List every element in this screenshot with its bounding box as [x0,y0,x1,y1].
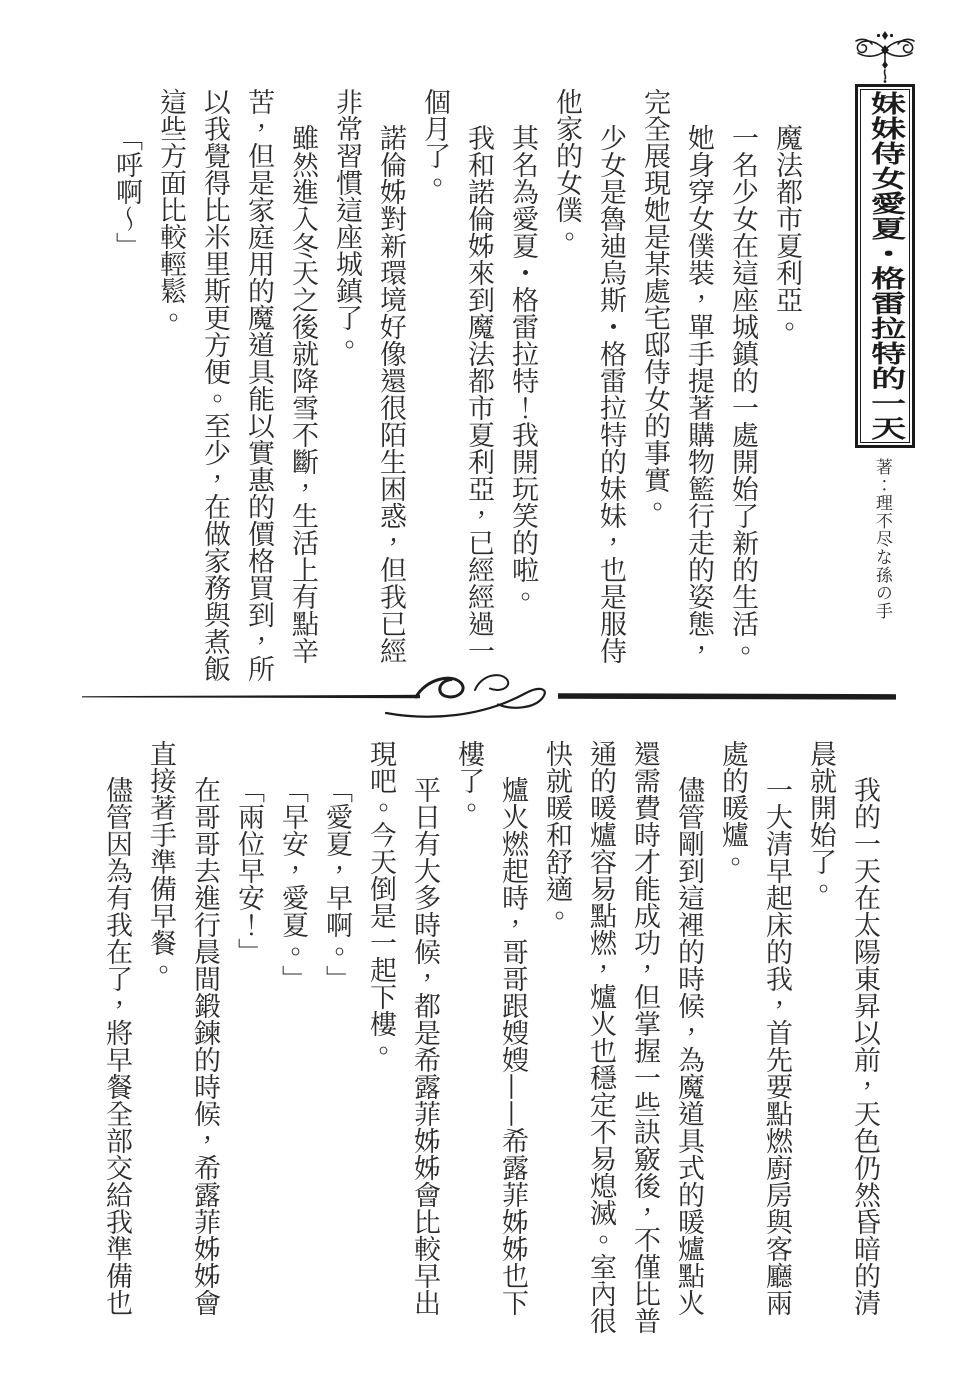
paragraph: 其名為愛夏・格雷拉特！我開玩笑的啦。 [500,88,544,688]
paragraph: 雖然進入冬天之後就降雪不斷，生活上有點辛 苦，但是家庭用的魔道具能以實惠的價格買… [148,88,324,688]
novel-page: 妹妹侍女愛夏・格雷拉特的一天 著：理不尽な孫の手 魔法都市夏利亞。一名少女在這座… [0,0,980,1389]
paragraph: 魔法都市夏利亞。 [764,88,808,688]
paragraph: 儘管因為有我在了，將早餐全部交給我準備也 [94,740,138,1389]
paragraph: 我和諾倫姊來到魔法都市夏利亞，已經經過一 個月了。 [412,88,500,688]
author-credit: 著：理不尽な孫の手 [872,458,890,628]
section-intro: 魔法都市夏利亞。一名少女在這座城鎮的一處開始了新的生活。她身穿女僕裝，單手提著購… [102,88,808,688]
paragraph: 「呼啊～」 [104,88,148,688]
page-title: 妹妹侍女愛夏・格雷拉特的一天 [868,91,903,441]
paragraph: 「兩位早安！」 [226,740,270,1389]
paragraph: 平日有大多時候，都是希露菲姊姊會比較早出 現吧。今天倒是一起下樓。 [358,740,446,1389]
section-morning: 我的一天在太陽東昇以前，天色仍然昏暗的清 晨就開始了。一大清早起床的我，首先要點… [92,740,886,1389]
paragraph: 諾倫姊對新環境好像還很陌生困惑，但我已經 非常習慣這座城鎮了。 [324,88,412,688]
paragraph: 她身穿女僕裝，單手提著購物籃行走的姿態， 完全展現她是某處宅邸侍女的事實。 [632,88,720,688]
paragraph: 我的一天在太陽東昇以前，天色仍然昏暗的清 晨就開始了。 [798,740,886,1389]
paragraph: 一名少女在這座城鎮的一處開始了新的生活。 [720,88,764,688]
paragraph: 「早安，愛夏。」 [270,740,314,1389]
paragraph: 少女是魯迪烏斯・格雷拉特的妹妹，也是服侍 他家的女僕。 [544,88,632,688]
fleuron-ornament [850,30,920,84]
paragraph: 一大清早起床的我，首先要點燃廚房與客廳兩 處的暖爐。 [710,740,798,1389]
paragraph: 在哥哥去進行晨間鍛鍊的時候，希露菲姊姊會 直接著手準備早餐。 [138,740,226,1389]
title-box-inner-border: 妹妹侍女愛夏・格雷拉特的一天 [860,89,910,443]
section-divider-rule [80,670,898,722]
paragraph: 「愛夏，早啊。」 [314,740,358,1389]
paragraph: 儘管剛到這裡的時候，為魔道具式的暖爐點火 還需費時才能成功，但掌握一些訣竅後，不… [534,740,710,1389]
title-box: 妹妹侍女愛夏・格雷拉特的一天 [855,84,915,448]
paragraph: 爐火燃起時，哥哥跟嫂嫂——希露菲姊姊也下 樓了。 [446,740,534,1389]
